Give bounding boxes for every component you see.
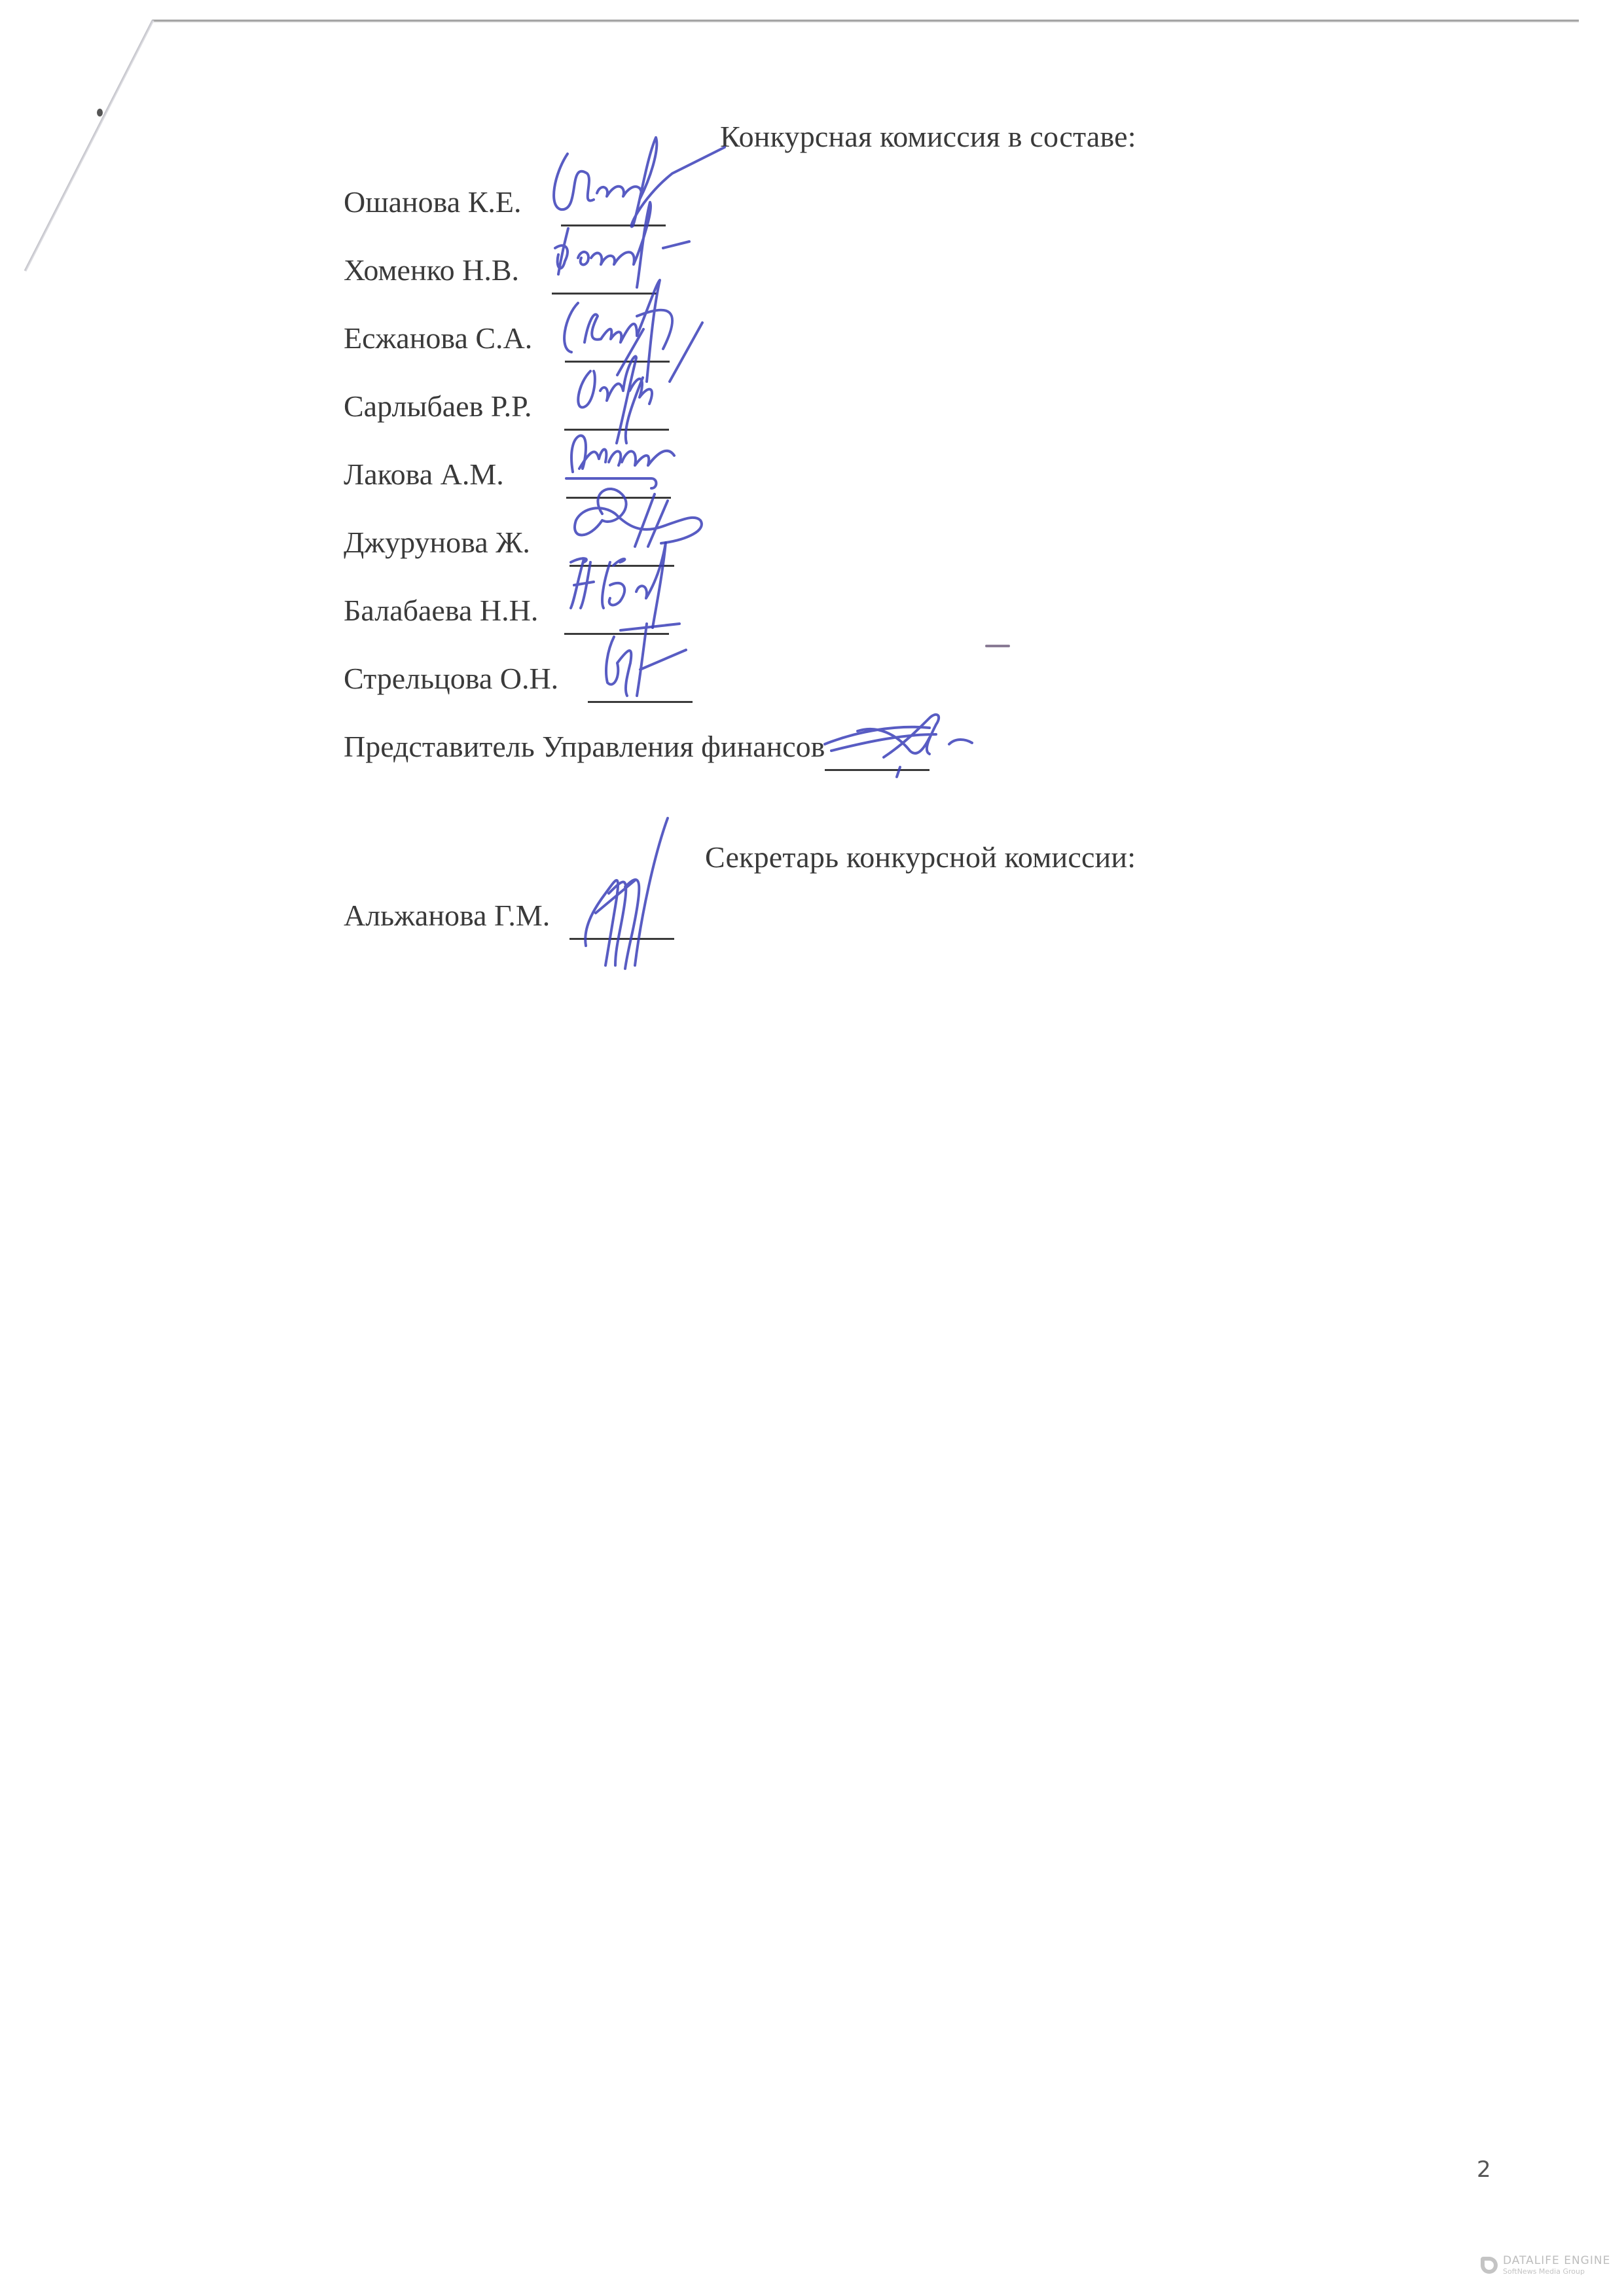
signature-field <box>565 321 670 355</box>
member-name: Есжанова С.А. <box>344 321 532 355</box>
page-top-edge <box>152 20 1579 22</box>
signature-mark <box>818 705 1028 790</box>
member-name: Сарлыбаев Р.Р. <box>344 389 532 423</box>
secretary-name: Альжанова Г.М. <box>344 898 550 933</box>
member-row: Есжанова С.А. <box>344 321 670 355</box>
member-name: Ошанова К.Е. <box>344 185 522 219</box>
scan-background-corner <box>0 0 157 308</box>
member-name: Стрельцова О.Н. <box>344 661 558 696</box>
datalife-logo-icon <box>1481 2257 1498 2274</box>
finance-representative-label: Представитель Управления финансов <box>344 729 825 764</box>
signature-field <box>569 898 674 933</box>
member-row: Стрельцова О.Н. <box>344 661 693 696</box>
commission-heading: Конкурсная комиссия в составе: <box>720 119 1136 154</box>
member-name: Хоменко Н.В. <box>344 253 519 287</box>
watermark-subtitle: SoftNews Media Group <box>1503 2268 1610 2275</box>
member-name: Балабаева Н.Н. <box>344 593 538 628</box>
signature-mark <box>569 815 700 972</box>
member-name: Джурунова Ж. <box>344 525 530 560</box>
member-name: Лакова А.М. <box>344 457 504 492</box>
signature-field <box>588 661 693 696</box>
watermark: DataLife Engine SoftNews Media Group <box>1481 2255 1610 2275</box>
signature-mark <box>588 611 758 709</box>
secretary-heading: Секретарь конкурсной комиссии: <box>705 840 1136 874</box>
watermark-title: DataLife Engine <box>1503 2255 1610 2267</box>
signature-field <box>825 729 929 764</box>
page-edge-notch <box>97 109 103 117</box>
page-number: 2 <box>1477 2157 1491 2183</box>
secretary-row: Альжанова Г.М. <box>344 898 674 933</box>
finance-representative-row: Представитель Управления финансов <box>344 729 929 764</box>
stray-ink-mark <box>985 645 1010 647</box>
